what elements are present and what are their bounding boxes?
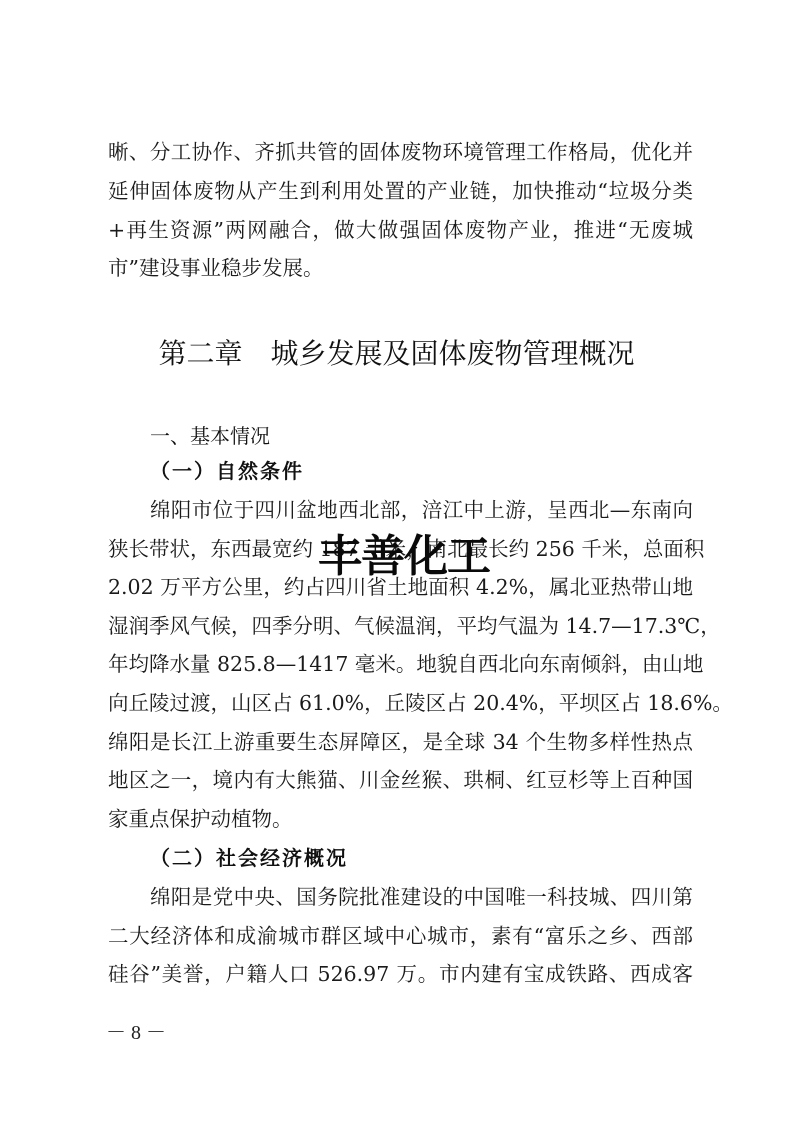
- body-text-line: 绵阳是党中央、国务院批准建设的中国唯一科技城、四川第: [150, 878, 693, 916]
- body-text-line: 晰、分工协作、齐抓共管的固体废物环境管理工作格局，优化并: [108, 133, 693, 171]
- body-text-line: 二大经济体和成渝城市群区域中心城市，素有“富乐之乡、西部: [108, 917, 693, 955]
- subsection-heading: （二）社会经济概况: [150, 841, 348, 875]
- body-text-line: +再生资源”两网融合，做大做强固体废物产业，推进“无废城: [108, 211, 693, 249]
- section-heading: 一、基本情况: [150, 419, 270, 453]
- body-text-line: 绵阳是长江上游重要生态屏障区，是全球 34 个生物多样性热点: [108, 723, 693, 761]
- watermark: 丰善化工: [318, 530, 490, 584]
- document-page: 晰、分工协作、齐抓共管的固体废物环境管理工作格局，优化并 延伸固体废物从产生到利…: [0, 0, 793, 1122]
- body-text-line: 湿润季风气候，四季分明、气候温润，平均气温为 14.7—17.3℃，: [108, 607, 693, 645]
- body-text-line: 年均降水量 825.8—1417 毫米。地貌自西北向东南倾斜，由山地: [108, 645, 693, 683]
- body-text-line: 地区之一，境内有大熊猫、川金丝猴、珙桐、红豆杉等上百种国: [108, 761, 693, 799]
- body-text-line: 家重点保护动植物。: [108, 800, 693, 838]
- body-text-line: 延伸固体废物从产生到利用处置的产业链，加快推动“垃圾分类: [108, 172, 693, 210]
- page-number: － 8 －: [106, 1020, 166, 1046]
- subsection-heading: （一）自然条件: [150, 454, 304, 488]
- body-text-line: 市”建设事业稳步发展。: [108, 249, 693, 287]
- chapter-title: 第二章 城乡发展及固体废物管理概况: [0, 334, 793, 374]
- body-text-line: 绵阳市位于四川盆地西北部，涪江中上游，呈西北—东南向: [150, 491, 693, 529]
- body-text-line: 向丘陵过渡，山区占 61.0%，丘陵区占 20.4%，平坝区占 18.6%。: [108, 684, 693, 722]
- body-text-line: 硅谷”美誉，户籍人口 526.97 万。市内建有宝成铁路、西成客: [108, 955, 693, 993]
